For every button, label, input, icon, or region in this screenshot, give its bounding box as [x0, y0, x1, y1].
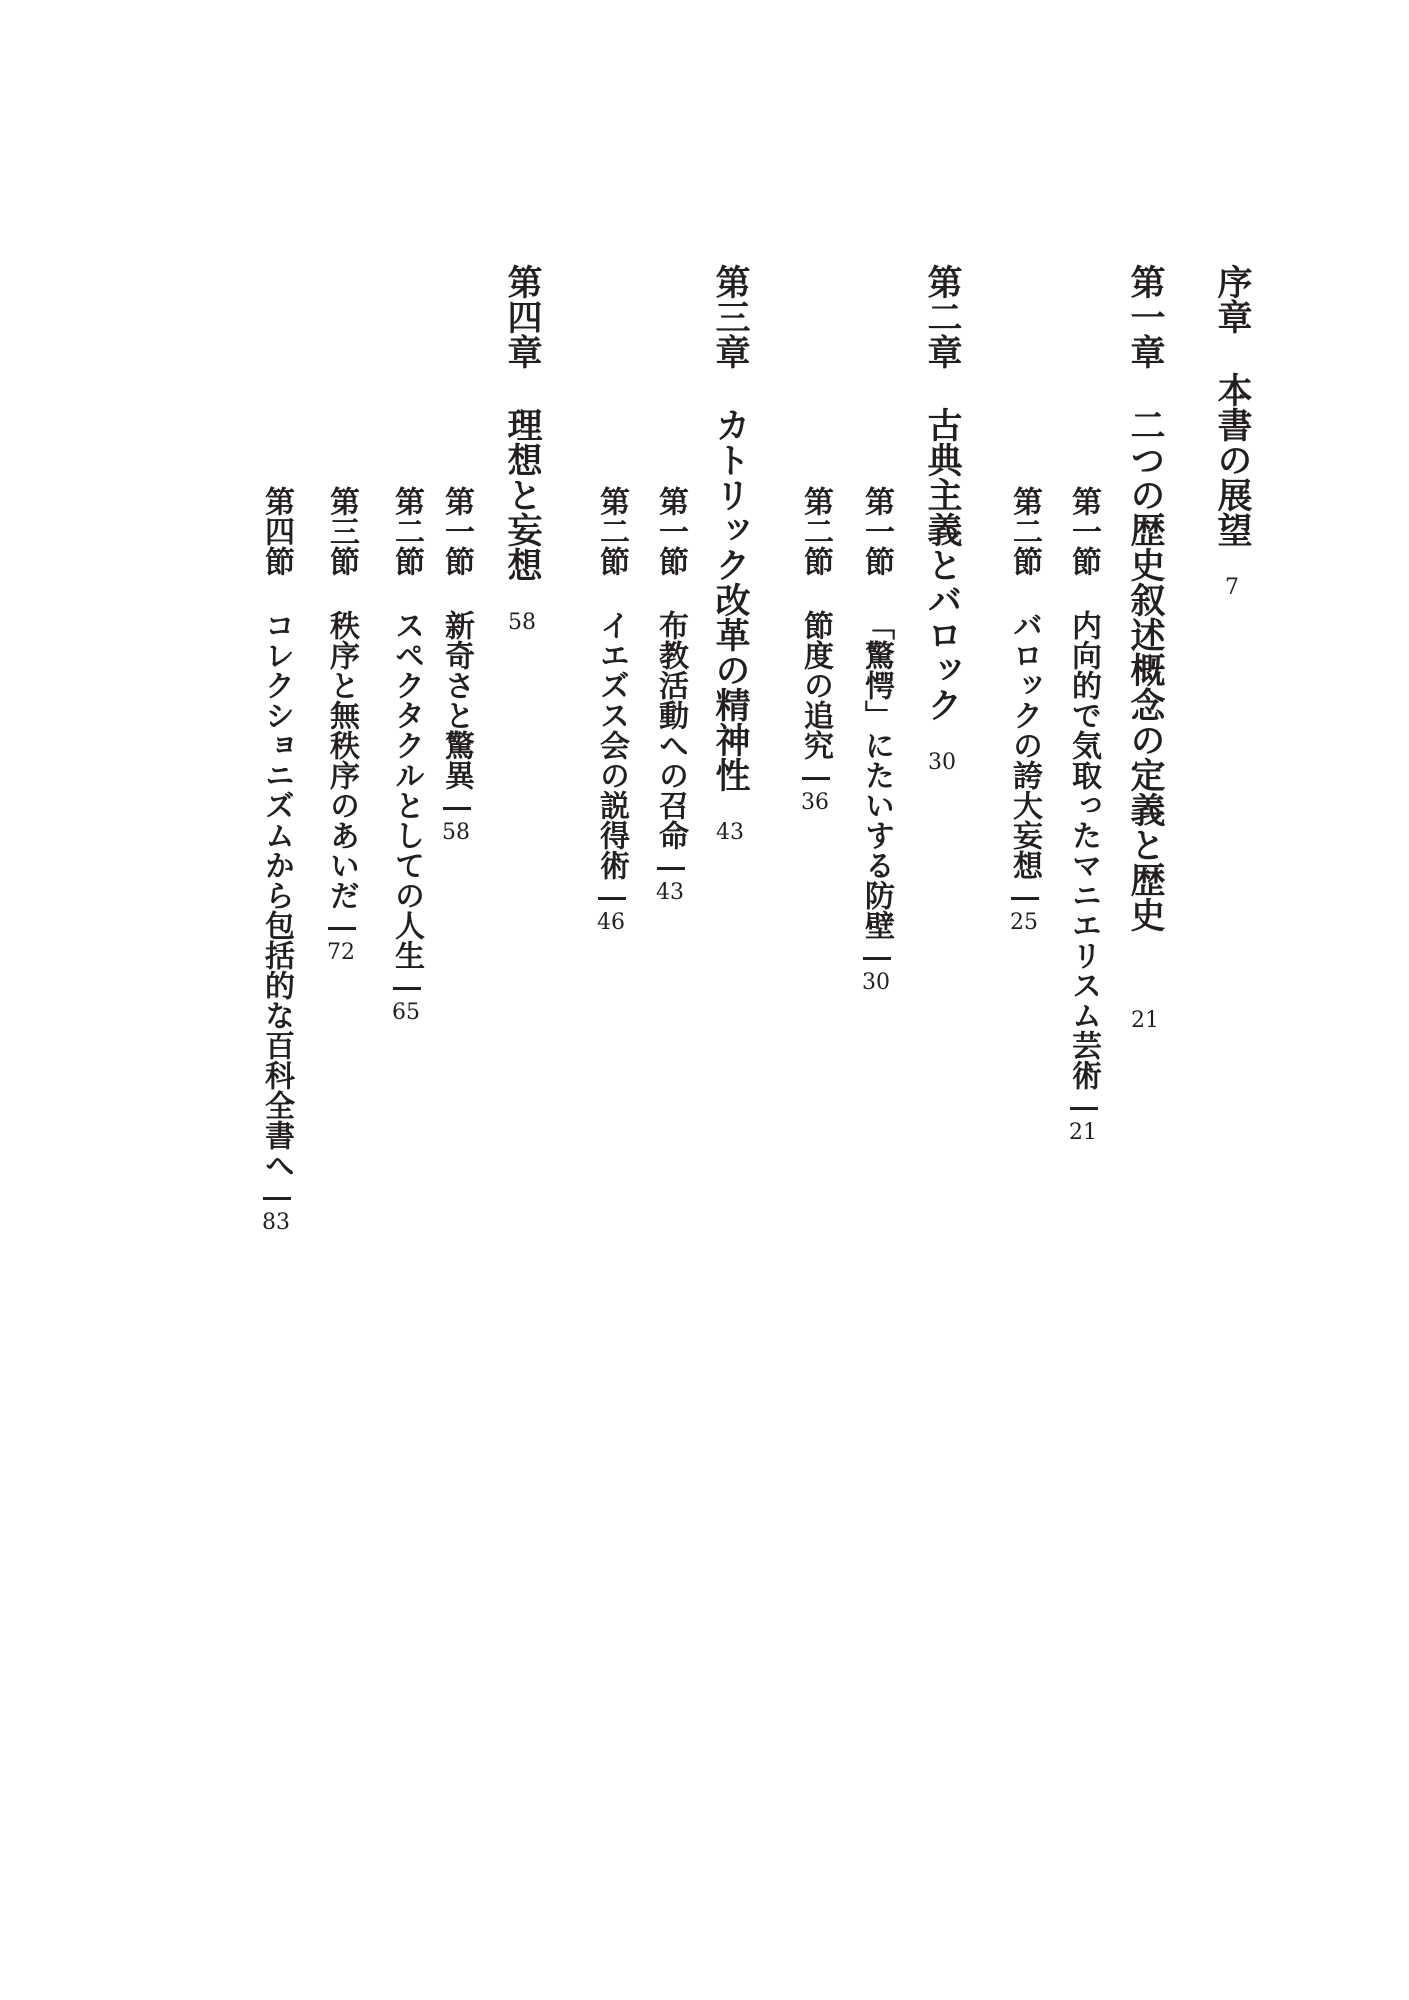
entry-title: イエズス会の説得術 [596, 610, 626, 880]
leader-line [1011, 897, 1039, 900]
entry-title: 布教活動への召命 [655, 610, 685, 850]
entry-title: コレクショニズムから包括的な百科全書へ [261, 610, 291, 1180]
toc-entry-chapter-2: 第二章古典主義とバロック30 [925, 264, 960, 774]
toc-entry-chapter-4-section-4: 第四節コレクショニズムから包括的な百科全書へ83 [261, 486, 291, 1234]
toc-entry-chapter-1-section-2: 第二節バロックの誇大妄想25 [1009, 486, 1039, 934]
leader-line [328, 927, 356, 930]
leader-line [393, 987, 421, 990]
toc-entry-chapter-4-section-1: 第一節新奇さと驚異58 [441, 486, 471, 844]
page-number: 72 [326, 942, 356, 964]
leader-line [863, 957, 891, 960]
page-number: 7 [1215, 577, 1250, 599]
toc-entry-chapter-3-section-2: 第二節イエズス会の説得術46 [596, 486, 626, 934]
page-number: 30 [861, 972, 891, 994]
entry-title: 「驚愕」にたいする防壁 [861, 610, 891, 940]
leader-line [657, 867, 685, 870]
page-number: 65 [391, 1002, 421, 1024]
toc-entry-chapter-4: 第四章理想と妄想58 [505, 264, 540, 634]
entry-label: 第一節 [655, 486, 685, 576]
page-number: 43 [655, 882, 685, 904]
toc-entry-chapter-4-section-3: 第三節秩序と無秩序のあいだ72 [326, 486, 356, 964]
leader-line [1070, 1107, 1098, 1110]
entry-label: 第四章 [505, 264, 540, 369]
leader-line [263, 1197, 291, 1200]
entry-label: 第一節 [1068, 486, 1098, 576]
entry-label: 第二章 [925, 264, 960, 369]
entry-title: 二つの歴史叙述概念の定義と歴史 [1128, 407, 1163, 932]
entry-title: 秩序と無秩序のあいだ [326, 610, 356, 910]
entry-label: 第一節 [441, 486, 471, 576]
page-number: 43 [713, 822, 748, 844]
toc-entry-chapter-3-section-1: 第一節布教活動への召命43 [655, 486, 685, 904]
toc-entry-chapter-2-section-2: 第二節節度の追究36 [800, 486, 830, 814]
page-number: 25 [1009, 912, 1039, 934]
entry-label: 第一章 [1128, 264, 1163, 369]
page-number: 58 [441, 822, 471, 844]
leader-line [443, 807, 471, 810]
toc-entry-chapter-1-section-1: 第一節内向的で気取ったマニエリスム芸術21 [1068, 486, 1098, 1144]
page-number: 36 [800, 792, 830, 814]
entry-label: 第三章 [713, 264, 748, 369]
entry-label: 第一節 [861, 486, 891, 576]
toc-entry-chapter-3: 第三章カトリック改革の精神性43 [713, 264, 748, 844]
page-number: 21 [1128, 1010, 1163, 1032]
toc-entry-chapter-4-section-2: 第二節スペクタクルとしての人生65 [391, 486, 421, 1024]
toc-entry-chapter-2-section-1: 第一節「驚愕」にたいする防壁30 [861, 486, 891, 994]
entry-label: 序章 [1215, 264, 1250, 334]
leader-line [802, 777, 830, 780]
page-number: 83 [261, 1212, 291, 1234]
entry-title: 節度の追究 [800, 610, 830, 760]
entry-title: 古典主義とバロック [925, 407, 960, 722]
toc-page: 序章本書の展望7 第一章二つの歴史叙述概念の定義と歴史21 第一節内向的で気取っ… [0, 0, 1409, 2000]
entry-label: 第二節 [391, 486, 421, 576]
entry-title: バロックの誇大妄想 [1009, 610, 1039, 880]
entry-label: 第四節 [261, 486, 291, 576]
entry-title: 内向的で気取ったマニエリスム芸術 [1068, 610, 1098, 1090]
toc-entry-intro: 序章本書の展望7 [1215, 264, 1250, 599]
toc-entry-chapter-1: 第一章二つの歴史叙述概念の定義と歴史21 [1128, 264, 1163, 1032]
page-number: 21 [1068, 1122, 1098, 1144]
entry-title: 理想と妄想 [505, 407, 540, 582]
leader-line [598, 897, 626, 900]
entry-title: 本書の展望 [1215, 372, 1250, 547]
entry-title: スペクタクルとしての人生 [391, 610, 421, 970]
entry-label: 第二節 [1009, 486, 1039, 576]
entry-title: カトリック改革の精神性 [713, 407, 748, 792]
entry-label: 第三節 [326, 486, 356, 576]
entry-label: 第二節 [800, 486, 830, 576]
page-number: 30 [925, 752, 960, 774]
page-number: 58 [505, 612, 540, 634]
entry-title: 新奇さと驚異 [441, 610, 471, 790]
page-number: 46 [596, 912, 626, 934]
entry-label: 第二節 [596, 486, 626, 576]
